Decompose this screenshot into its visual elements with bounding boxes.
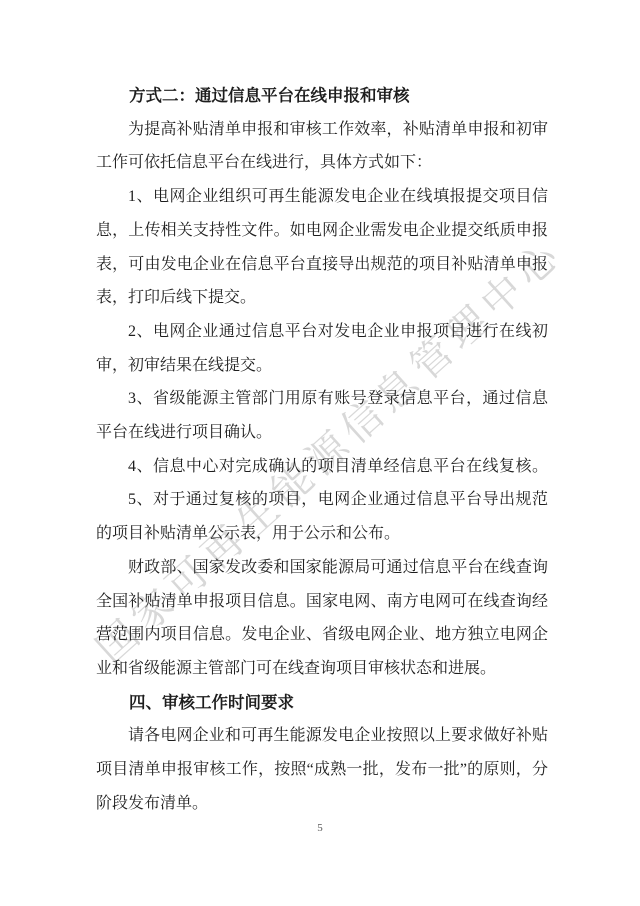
paragraph-step-4: 4、信息中心对完成确认的项目清单经信息平台在线复核。 bbox=[96, 450, 548, 484]
document-page: 国家可再生能源信息管理中心 方式二：通过信息平台在线申报和审核 为提高补贴清单申… bbox=[0, 0, 640, 906]
paragraph-step-1: 1、电网企业组织可再生能源发电企业在线填报提交项目信息，上传相关支持性文件。如电… bbox=[96, 180, 548, 315]
section-heading-method2: 方式二：通过信息平台在线申报和审核 bbox=[96, 79, 548, 113]
paragraph-step-3: 3、省级能源主管部门用原有账号登录信息平台，通过信息平台在线进行项目确认。 bbox=[96, 382, 548, 449]
paragraph-intro: 为提高补贴清单申报和审核工作效率，补贴清单申报和初审工作可依托信息平台在线进行，… bbox=[96, 113, 548, 180]
page-number: 5 bbox=[0, 822, 640, 834]
paragraph-query-access: 财政部、国家发改委和国家能源局可通过信息平台在线查询全国补贴清单申报项目信息。国… bbox=[96, 551, 548, 686]
paragraph-step-5: 5、对于通过复核的项目，电网企业通过信息平台导出规范的项目补贴清单公示表，用于公… bbox=[96, 483, 548, 550]
document-body: 方式二：通过信息平台在线申报和审核 为提高补贴清单申报和审核工作效率，补贴清单申… bbox=[96, 79, 548, 820]
paragraph-time-require: 请各电网企业和可再生能源发电企业按照以上要求做好补贴项目清单申报审核工作，按照“… bbox=[96, 719, 548, 820]
paragraph-step-2: 2、电网企业通过信息平台对发电企业申报项目进行在线初审，初审结果在线提交。 bbox=[96, 315, 548, 382]
section-heading-4: 四、审核工作时间要求 bbox=[96, 686, 548, 720]
